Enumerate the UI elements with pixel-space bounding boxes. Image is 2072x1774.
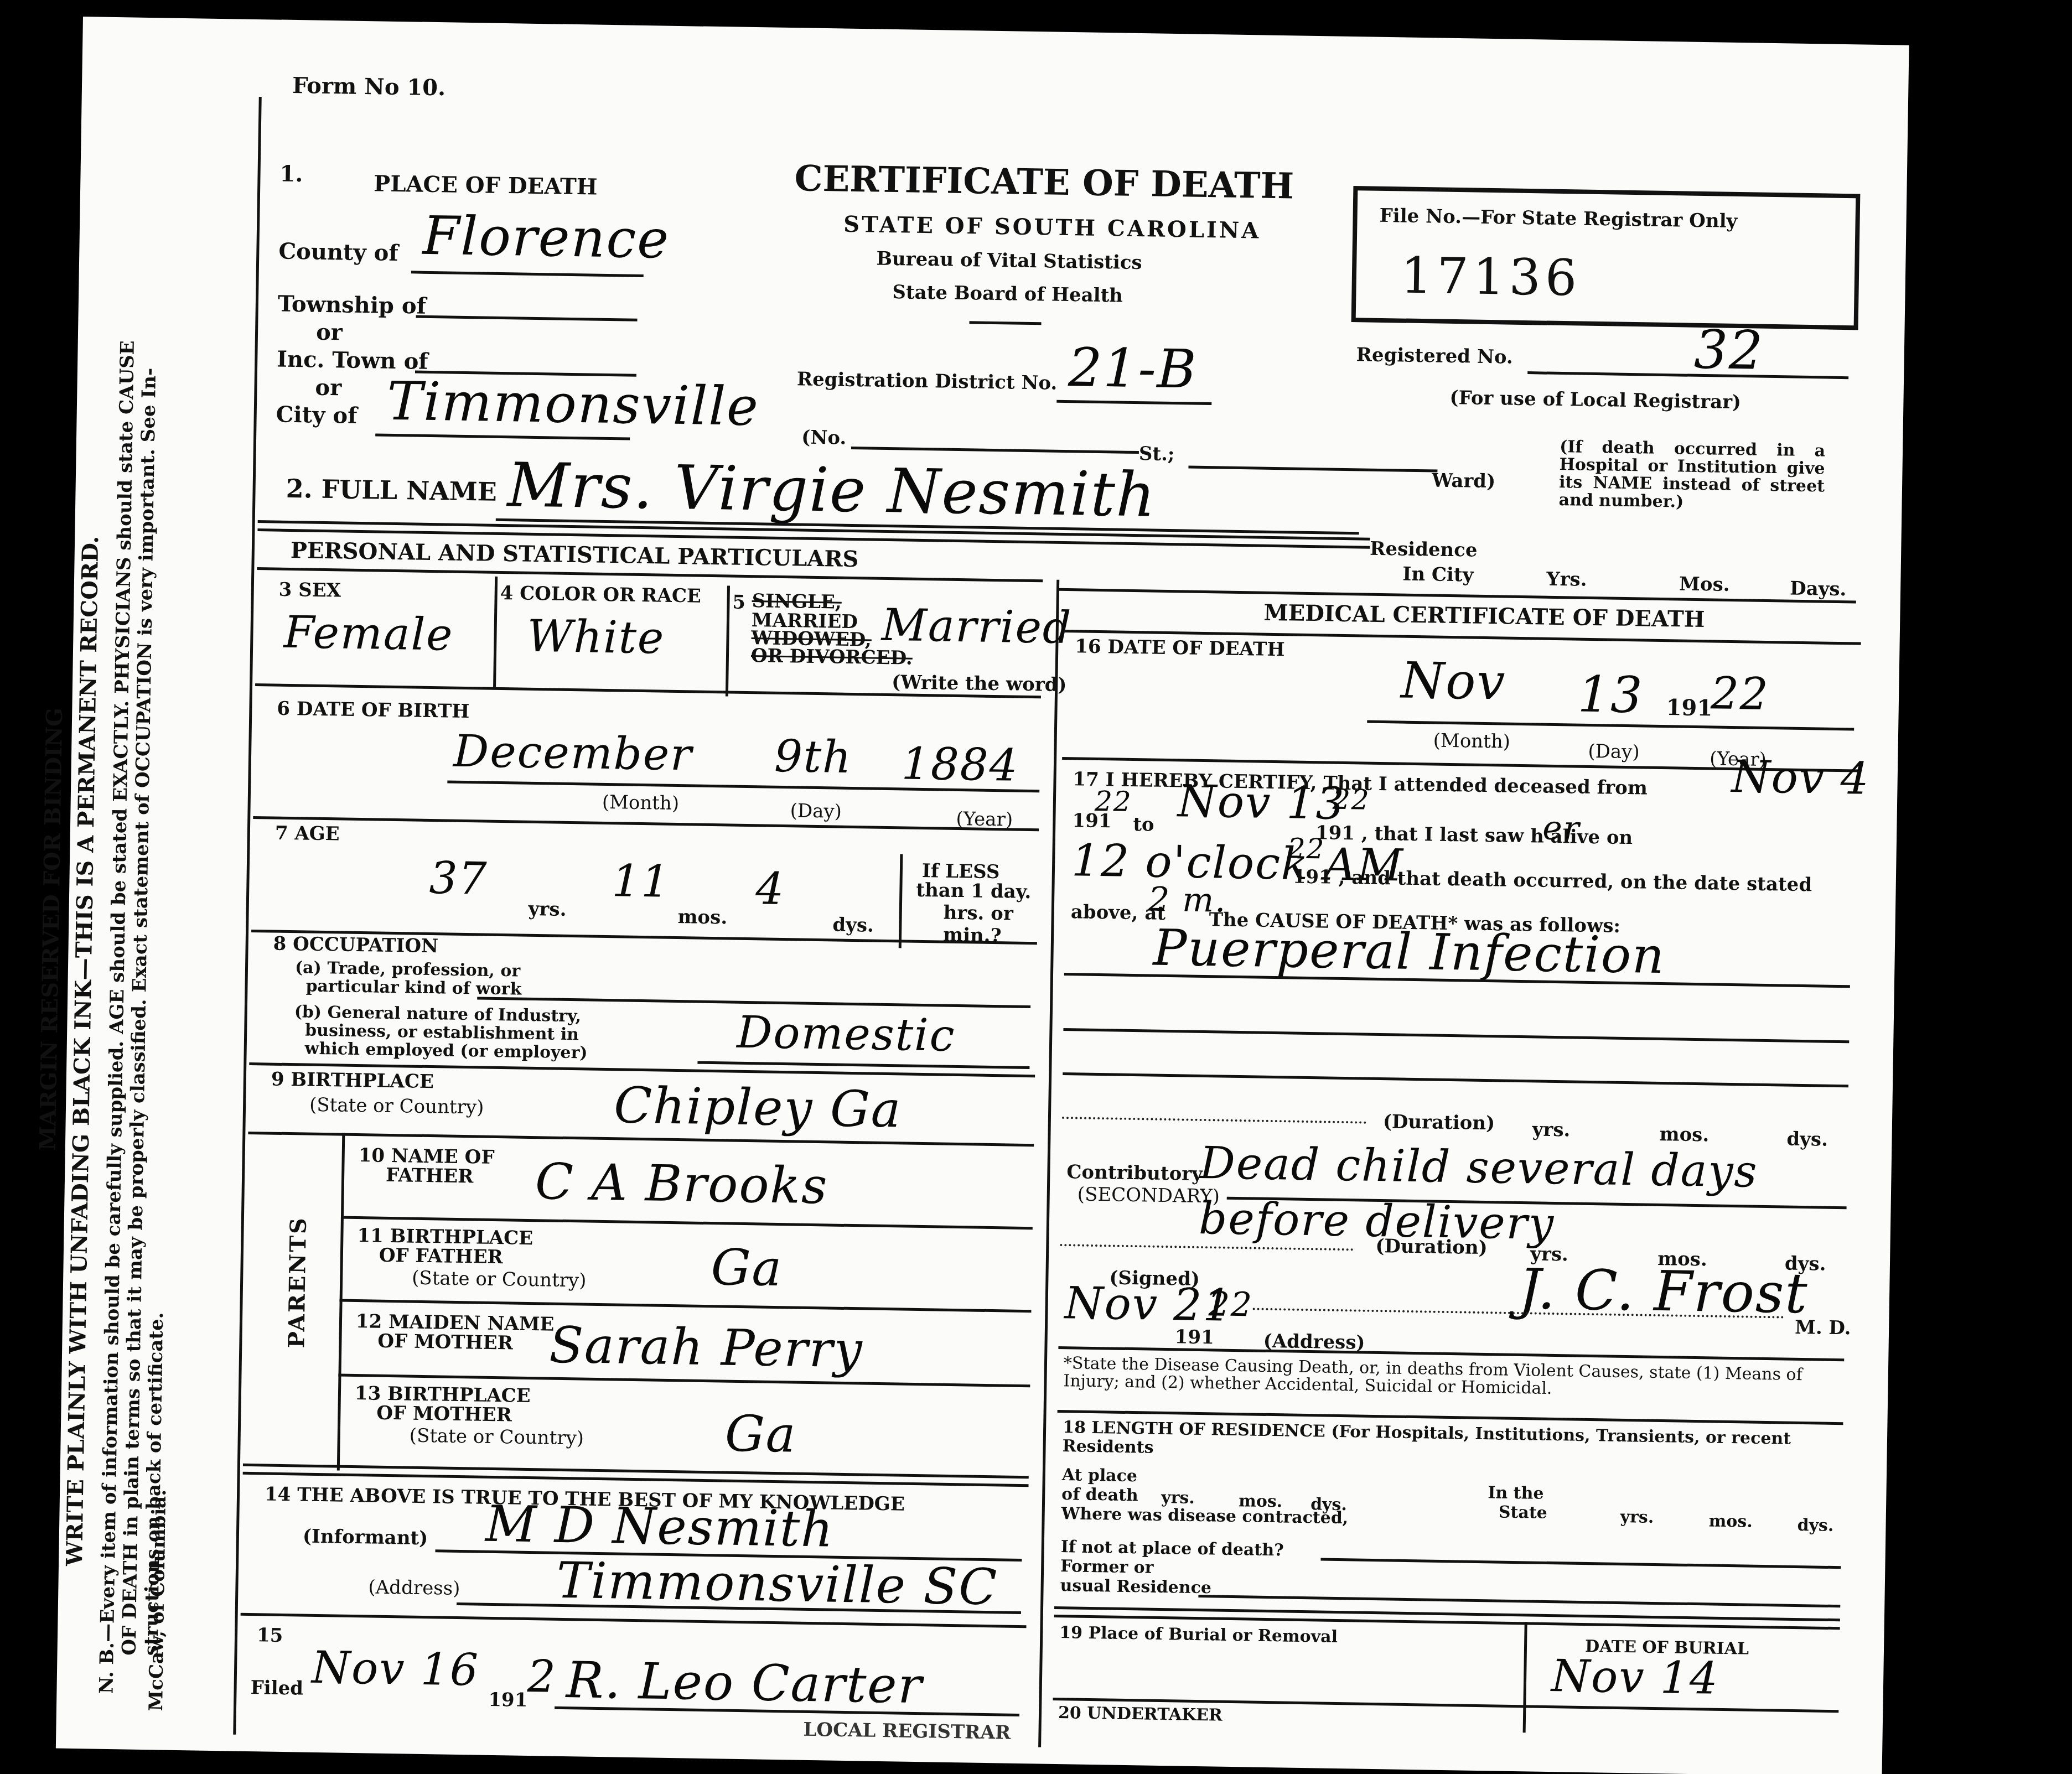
signed-date: Nov 21 — [1064, 1277, 1232, 1331]
father-birthplace-label-2: OF FATHER — [379, 1244, 503, 1269]
age-years: 37 — [429, 852, 488, 905]
state-yrs: yrs. — [1620, 1507, 1654, 1527]
dod-month-caption: (Month) — [1433, 729, 1510, 753]
mother-name-value: Sarah Perry — [549, 1316, 864, 1379]
occupation-label: 8 OCCUPATION — [273, 933, 438, 958]
death-certificate: Form No 10. MARGIN RESERVED FOR BINDING … — [56, 17, 1909, 1774]
state-name: STATE OF SOUTH CAROLINA — [843, 211, 1261, 244]
informant-label: (Informant) — [303, 1526, 428, 1550]
county-value: Florence — [422, 205, 670, 271]
signed-year-prefix: 191 — [1174, 1326, 1214, 1348]
registration-district-label: Registration District No. — [797, 368, 1058, 394]
day-caption: (Day) — [790, 800, 842, 822]
undertaker-label: 20 UNDERTAKER — [1058, 1703, 1223, 1725]
bureau-name: Bureau of Vital Statistics — [876, 248, 1142, 274]
parents-label: PARENTS — [283, 1216, 312, 1348]
father-name-value: C A Brooks — [535, 1153, 828, 1215]
filed-number: 15 — [257, 1624, 283, 1647]
place-of-death-label: PLACE OF DEATH — [374, 170, 598, 200]
or-text: or — [315, 375, 341, 401]
dob-label: 6 DATE OF BIRTH — [277, 698, 469, 723]
less-than-day-2: than 1 day. — [916, 879, 1032, 903]
dod-year: 22 — [1710, 667, 1769, 720]
birthplace-value: Chipley Ga — [613, 1076, 902, 1139]
or-text: or — [316, 319, 343, 346]
birthplace-label: 9 BIRTHPLACE — [271, 1068, 434, 1093]
residence-label: Residence — [1370, 538, 1478, 562]
frame-left — [233, 97, 261, 1735]
file-number: 17136 — [1400, 246, 1582, 307]
cause-contributory: Dead child several days before delivery — [1198, 1135, 1836, 1256]
dob-year: 1884 — [901, 738, 1019, 791]
marital-number: 5 — [732, 592, 745, 614]
marital-note: (Write the word) — [892, 671, 1067, 696]
dod-month: Nov — [1401, 652, 1506, 712]
certify-text-4: 191 , and that death occurred, on the da… — [1293, 866, 1812, 896]
burial-place-label: 19 Place of Burial or Removal — [1059, 1623, 1338, 1647]
attended-from-year: 22 — [1094, 785, 1132, 818]
at-place-label: At place — [1062, 1465, 1138, 1486]
ward-label: Ward) — [1432, 469, 1496, 492]
street-no-label: (No. — [801, 426, 847, 449]
filed-date: Nov 16 — [311, 1642, 479, 1696]
registered-no-value: 32 — [1693, 319, 1764, 382]
dod-day: 13 — [1577, 666, 1644, 725]
filed-year-prefix: 191 — [488, 1689, 528, 1711]
margin-binding-note: MARGIN RESERVED FOR BINDING — [35, 707, 68, 1150]
in-the-label: In the — [1488, 1483, 1544, 1503]
of-death-label: of death — [1061, 1485, 1138, 1505]
state-dys: dys. — [1797, 1516, 1833, 1536]
hospital-note: (If death occurred in a Hospital or Inst… — [1558, 438, 1825, 513]
residence-yrs: yrs. — [1161, 1488, 1195, 1508]
column-divider — [1038, 580, 1059, 1747]
duration-yrs-1: yrs. — [1532, 1118, 1570, 1141]
usual-residence-label: usual Residence — [1060, 1576, 1211, 1597]
in-city-label: In City — [1402, 563, 1474, 587]
days-label: Days. — [1790, 578, 1847, 601]
registrar-caption: LOCAL REGISTRAR — [803, 1719, 1011, 1744]
dob-month: December — [453, 725, 693, 781]
registered-no-label: Registered No. — [1356, 344, 1513, 368]
month-caption: (Month) — [602, 791, 679, 815]
birthplace-sub: (State or Country) — [309, 1094, 484, 1119]
attended-to-year: 22 — [1333, 784, 1371, 816]
mother-birthplace-value: Ga — [724, 1405, 797, 1464]
form-number: Form No 10. — [292, 72, 446, 101]
age-yrs-label: yrs. — [528, 898, 566, 921]
file-box-label: File No.—For State Registrar Only — [1379, 205, 1737, 232]
father-name-label-2: FATHER — [386, 1164, 474, 1187]
city-value: Timmonsville — [386, 370, 760, 438]
full-name-value: Mrs. Virgie Nesmith — [507, 449, 1157, 530]
where-contracted-label: Where was disease contracted, — [1061, 1504, 1348, 1528]
father-birthplace-value: Ga — [711, 1238, 783, 1298]
printer-credit: McCaw, of Columbia. — [145, 1490, 170, 1711]
dod-label: 16 DATE OF DEATH — [1075, 635, 1285, 661]
board-name: State Board of Health — [892, 281, 1123, 307]
last-saw-pronoun: er — [1542, 809, 1581, 848]
age-label: 7 AGE — [275, 822, 340, 845]
age-mos-label: mos. — [677, 906, 727, 929]
residence-heading: 18 LENGTH OF RESIDENCE (For Hospitals, I… — [1062, 1418, 1837, 1468]
contributory-label: Contributory — [1066, 1161, 1203, 1185]
in-state-label: State — [1499, 1503, 1547, 1523]
marital-option-single: SINGLE, — [752, 592, 842, 612]
dod-year-prefix: 191 — [1666, 694, 1712, 721]
secondary-label: (SECONDARY) — [1077, 1183, 1220, 1207]
city-label: City of — [276, 402, 357, 429]
yrs-label: Yrs. — [1546, 568, 1587, 591]
md-label: M. D. — [1795, 1316, 1851, 1340]
file-number-box: File No.—For State Registrar Only 17136 — [1351, 186, 1861, 330]
duration-label-2: (Duration) — [1375, 1235, 1488, 1259]
mos-label: Mos. — [1679, 573, 1730, 595]
state-mos: mos. — [1708, 1511, 1753, 1531]
registration-district-value: 21-B — [1068, 336, 1198, 401]
father-birthplace-sub: (State or Country) — [412, 1267, 587, 1292]
full-name-label: 2. FULL NAME — [286, 474, 497, 507]
section-1-number: 1. — [279, 161, 303, 188]
registered-no-note: (For use of Local Registrar) — [1449, 387, 1741, 413]
marital-value: Married — [881, 599, 1073, 653]
county-label: County of — [278, 238, 398, 266]
to-label: to — [1133, 813, 1154, 836]
mother-birthplace-label-2: OF MOTHER — [376, 1402, 512, 1427]
duration-label-1: (Duration) — [1383, 1111, 1495, 1134]
medical-heading: MEDICAL CERTIFICATE OF DEATH — [1263, 600, 1705, 633]
township-label: Township of — [278, 291, 427, 319]
last-saw-year: 22 — [1287, 832, 1325, 865]
age-days: 4 — [755, 863, 785, 915]
occ-a-line2: particular kind of work — [305, 977, 521, 999]
registrar-signature: R. Leo Carter — [566, 1651, 923, 1715]
margin-ink-note: WRITE PLAINLY WITH UNFADING BLACK INK—TH… — [61, 536, 103, 1566]
burial-date-value: Nov 14 — [1551, 1650, 1719, 1704]
race-value: White — [527, 610, 665, 664]
dob-day: 9th — [774, 730, 852, 783]
mother-birthplace-sub: (State or Country) — [409, 1425, 584, 1450]
cause-footnote: *State the Disease Causing Death, or, in… — [1063, 1355, 1838, 1402]
former-label: Former or — [1060, 1557, 1154, 1578]
occupation-value: Domestic — [737, 1007, 956, 1061]
informant-value: M D Nesmith — [485, 1495, 835, 1559]
dod-day-caption: (Day) — [1588, 740, 1640, 763]
age-dys-label: dys. — [832, 914, 874, 936]
less-than-day-hrs: hrs. or — [943, 902, 1013, 925]
certificate-title: CERTIFICATE OF DEATH — [794, 158, 1294, 207]
race-label: 4 COLOR OR RACE — [500, 582, 701, 608]
sex-label: 3 SEX — [278, 579, 341, 602]
informant-address-label: (Address) — [368, 1576, 460, 1600]
signed-year: 22 — [1208, 1285, 1253, 1324]
attended-from: Nov 4 — [1731, 751, 1870, 805]
filed-year: 2 — [527, 1651, 557, 1703]
mother-name-label-2: OF MOTHER — [377, 1330, 513, 1355]
sex-value: Female — [283, 606, 454, 661]
occ-b-line3: which employed (or employer) — [304, 1039, 587, 1063]
personal-heading: PERSONAL AND STATISTICAL PARTICULARS — [291, 537, 859, 572]
age-months: 11 — [612, 855, 671, 907]
filed-label: Filed — [250, 1677, 303, 1699]
